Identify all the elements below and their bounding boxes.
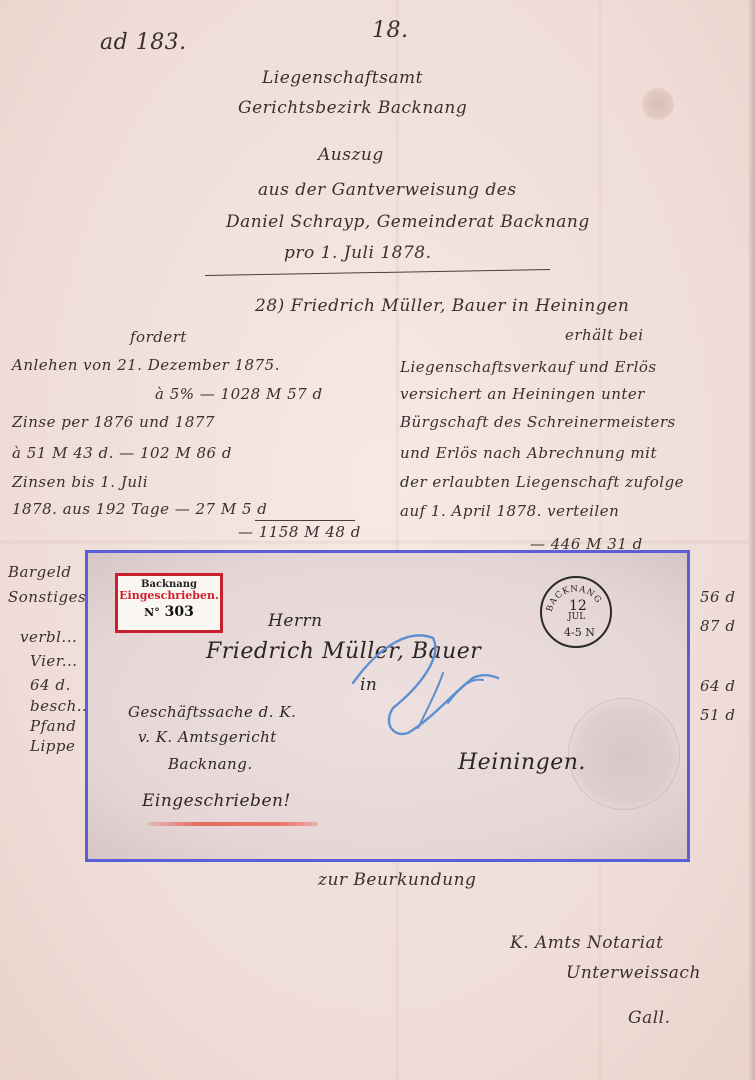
sender-line: Eingeschrieben! xyxy=(142,791,291,811)
partial-amount: 51 d xyxy=(700,706,735,724)
sum-rule xyxy=(255,520,355,521)
header-divider xyxy=(205,269,550,276)
ledger-right-line: erhält bei xyxy=(565,326,644,344)
address-line: Herrn xyxy=(268,611,323,631)
partial-line: Lippe xyxy=(30,737,75,755)
header-line: Daniel Schrayp, Gemeinderat Backnang xyxy=(226,212,590,232)
paper-edge xyxy=(749,0,755,1080)
partial-line: Vier... xyxy=(30,652,78,670)
header-line: pro 1. Juli 1878. xyxy=(284,243,431,263)
page-number: 18. xyxy=(372,18,409,43)
registration-type: Eingeschrieben. xyxy=(118,590,220,602)
footer-line: zur Beurkundung xyxy=(318,870,476,890)
red-underline xyxy=(148,822,318,826)
partial-amount: 87 d xyxy=(700,617,735,635)
ledger-right-line: Bürgschaft des Schreinermeisters xyxy=(400,413,676,431)
signature: Gall. xyxy=(628,1008,671,1028)
ledger-left-line: Anlehen von 21. Dezember 1875. xyxy=(12,356,280,374)
footer-line: K. Amts Notariat xyxy=(510,933,663,953)
partial-amount: 64 d xyxy=(700,677,735,695)
registration-label: Backnang Eingeschrieben. N° 303 xyxy=(115,573,223,633)
ledger-left-line: 1878. aus 192 Tage — 27 M 5 d xyxy=(12,500,267,518)
footer-line: Unterweissach xyxy=(566,963,701,983)
letter-page: ad 183. 18. Liegenschaftsamt Gerichtsbez… xyxy=(0,0,755,1080)
number-prefix: N° xyxy=(144,606,160,619)
header-line: aus der Gantverweisung des xyxy=(258,180,517,200)
partial-amount: 56 d xyxy=(700,588,735,606)
number-value: 303 xyxy=(165,604,194,620)
ledger-left-total: — 1158 M 48 d xyxy=(238,523,361,541)
entry-title: 28) Friedrich Müller, Bauer in Heiningen xyxy=(255,296,629,316)
sender-line: v. K. Amtsgericht xyxy=(138,728,277,746)
ledger-right-line: der erlaubten Liegenschaft zufolge xyxy=(400,473,684,491)
ledger-right-line: auf 1. April 1878. verteilen xyxy=(400,502,619,520)
postmark-month: JUL xyxy=(568,612,585,622)
postmark-stamp: BACKNANG 12 JUL 4-5 N xyxy=(540,576,612,648)
blue-crayon-mark-icon xyxy=(323,608,513,768)
ledger-right-line: und Erlös nach Abrechnung mit xyxy=(400,444,657,462)
ledger-left-line: Zinse per 1876 und 1877 xyxy=(12,413,215,431)
sender-line: Geschäftssache d. K. xyxy=(128,703,296,721)
partial-line: 64 d. xyxy=(30,676,71,694)
reference-number: ad 183. xyxy=(100,30,187,55)
registered-envelope: Backnang Eingeschrieben. N° 303 BACKNANG… xyxy=(85,550,690,862)
partial-line: verbl... xyxy=(20,628,77,646)
partial-line: Sonstiges xyxy=(8,588,86,606)
header-line: Liegenschaftsamt xyxy=(262,68,423,88)
registration-number: N° 303 xyxy=(118,604,220,620)
partial-line: besch... xyxy=(30,697,93,715)
ledger-right-line: versichert an Heiningen unter xyxy=(400,385,645,403)
ledger-left-line: à 5% — 1028 M 57 d xyxy=(155,385,323,403)
ledger-left-line: fordert xyxy=(130,328,187,346)
ledger-right-line: Liegenschaftsverkauf und Erlös xyxy=(400,358,657,376)
header-line: Gerichtsbezirk Backnang xyxy=(238,98,467,118)
ledger-left-line: Zinsen bis 1. Juli xyxy=(12,473,148,491)
partial-line: Pfand xyxy=(30,717,76,735)
paper-stain xyxy=(642,88,674,120)
header-line: Auszug xyxy=(318,145,384,165)
ledger-left-line: à 51 M 43 d. — 102 M 86 d xyxy=(12,444,232,462)
partial-line: Bargeld xyxy=(8,563,72,581)
sender-line: Backnang. xyxy=(168,755,253,773)
postmark-time: 4-5 N xyxy=(564,626,595,639)
